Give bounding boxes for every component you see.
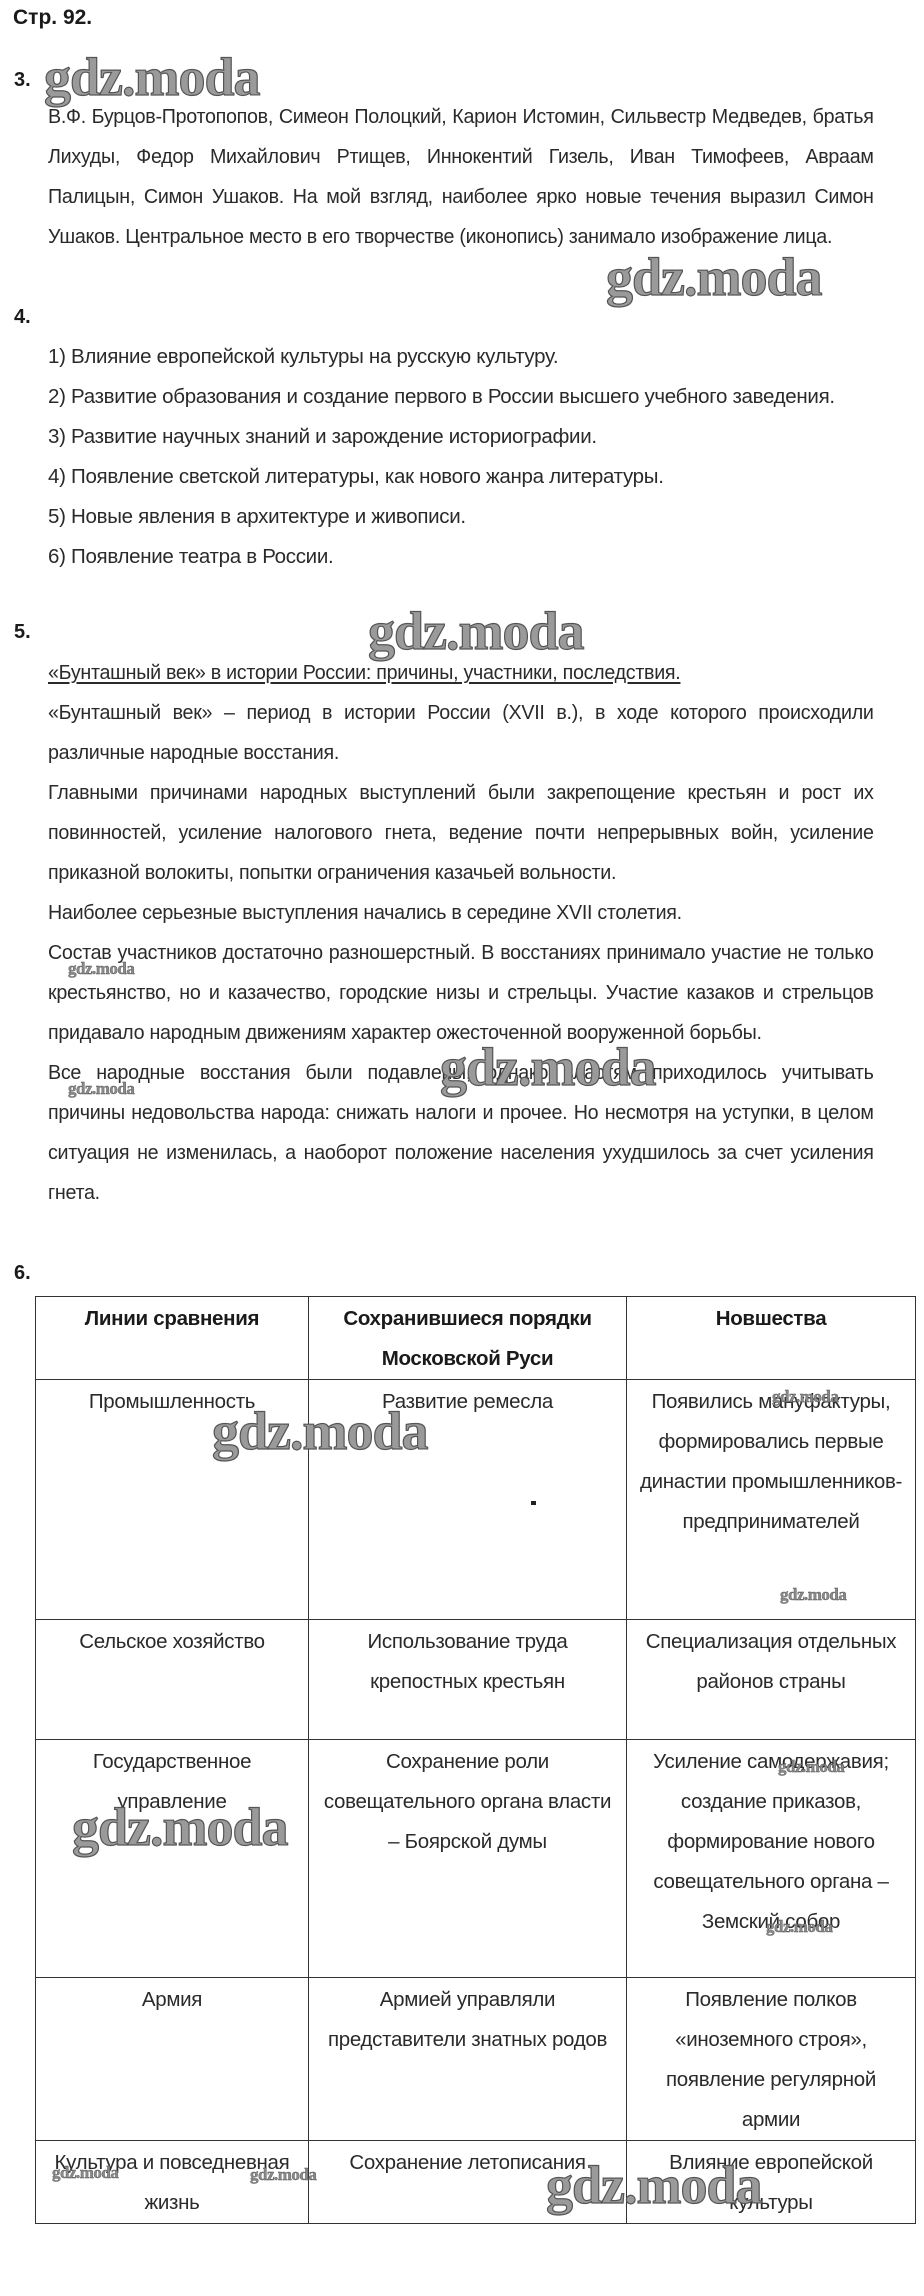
table-cell: Армией управляли представители знатных р… [309,1978,627,2141]
task-5-paragraph: «Бунташный век» – период в истории Росси… [48,693,874,773]
task-5-paragraph: Состав участников достаточно разношерстн… [48,933,874,1053]
column-header: Линии сравнения [36,1297,309,1380]
table-cell: Государственное управление [36,1740,309,1978]
table-cell: Сохранение роли совещательного органа вл… [309,1740,627,1978]
table-cell: Развитие ремесла [309,1380,627,1620]
table-row: Армия Армией управляли представители зна… [36,1978,916,2141]
watermark-logo: gdz.moda [606,250,822,304]
table-header-row: Линии сравнения Сохранившиеся порядки Мо… [36,1297,916,1380]
task-3-number: 3. [14,69,31,92]
table-cell: Появление полков «иноземного строя», поя… [627,1978,916,2141]
task-4-list: 1) Влияние европейской культуры на русск… [48,337,908,577]
task-5-answer: «Бунташный век» в истории России: причин… [48,653,874,1213]
column-header: Сохранившиеся порядки Московской Руси [309,1297,627,1380]
table-cell: Влияние европейской культуры [627,2141,916,2224]
table-row: Промышленность Развитие ремесла Появилис… [36,1380,916,1620]
table-cell: Специализация отдельных районов страны [627,1620,916,1740]
comparison-table: Линии сравнения Сохранившиеся порядки Мо… [35,1296,916,2224]
list-item: 3) Развитие научных знаний и зарождение … [48,417,908,457]
table-row: Сельское хозяйство Использование труда к… [36,1620,916,1740]
table-row: Культура и повседневная жизнь Сохранение… [36,2141,916,2224]
task-4-number: 4. [14,306,31,329]
page-number: Стр. 92. [13,6,92,30]
table-cell: Сохранение летописания [309,2141,627,2224]
table-cell: Культура и повседневная жизнь [36,2141,309,2224]
list-item: 5) Новые явления в архитектуре и живопис… [48,497,908,537]
task-3-answer: В.Ф. Бурцов-Протопопов, Симеон Полоцкий,… [48,97,874,257]
table-cell: Использование труда крепостных крестьян [309,1620,627,1740]
task-5-paragraph: Главными причинами народных выступлений … [48,773,874,893]
scan-speck [531,1501,536,1505]
task-5-paragraph: Все народные восстания были подавлены, о… [48,1053,874,1213]
list-item: 2) Развитие образования и создание перво… [48,377,908,417]
list-item: 4) Появление светской литературы, как но… [48,457,908,497]
list-item: 1) Влияние европейской культуры на русск… [48,337,908,377]
column-header: Новшества [627,1297,916,1380]
table-cell: Усиление самодержавия; создание приказов… [627,1740,916,1978]
task-5-number: 5. [14,621,31,644]
table-cell: Появились мануфактуры, формировались пер… [627,1380,916,1620]
table-cell: Сельское хозяйство [36,1620,309,1740]
table-cell: Промышленность [36,1380,309,1620]
task-5-heading: «Бунташный век» в истории России: причин… [48,653,874,693]
task-5-paragraph: Наиболее серьезные выступления начались … [48,893,874,933]
task-3-text: В.Ф. Бурцов-Протопопов, Симеон Полоцкий,… [48,97,874,257]
table-row: Государственное управление Сохранение ро… [36,1740,916,1978]
list-item: 6) Появление театра в России. [48,537,908,577]
watermark-logo: gdz.moda [44,50,260,104]
task-6-number: 6. [14,1262,31,1285]
watermark-logo: gdz.moda [368,604,584,658]
table-cell: Армия [36,1978,309,2141]
